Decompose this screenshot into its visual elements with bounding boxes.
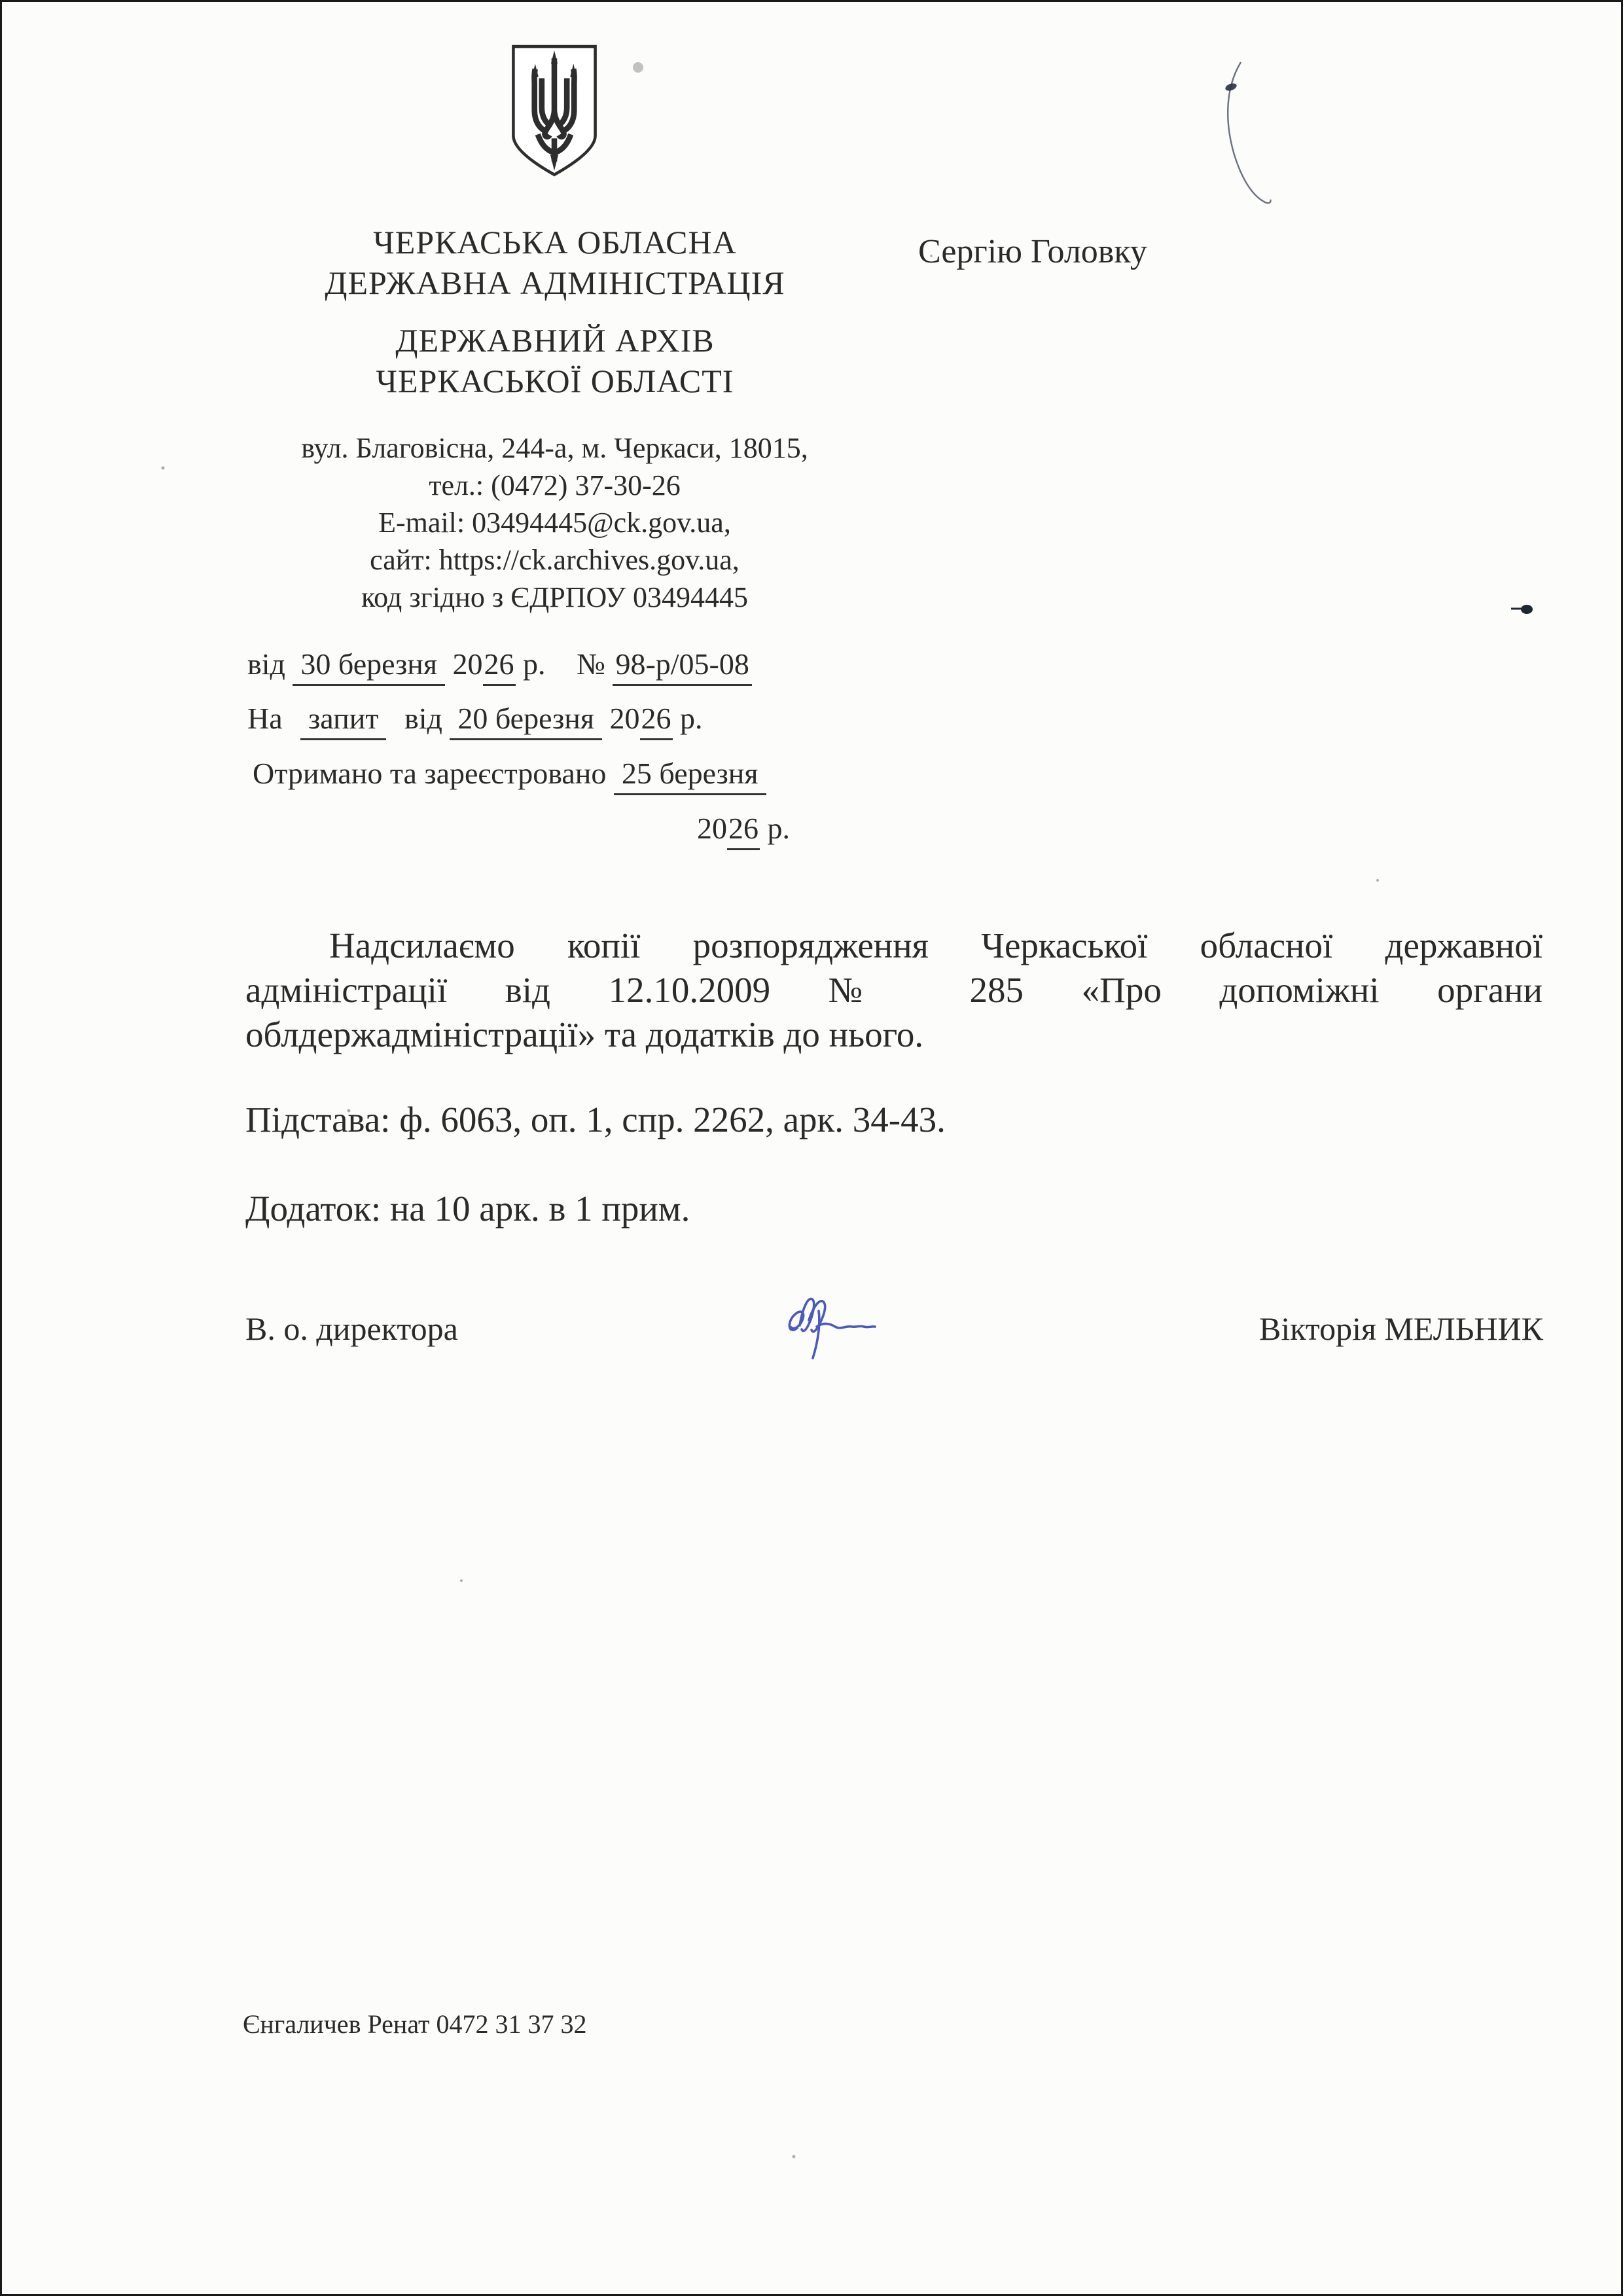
incoming-reference-line: На запит від 20 березня 2026 р. (247, 701, 703, 736)
out-year-value: 26 (483, 647, 516, 686)
org-name-line: ЧЕРКАСЬКА ОБЛАСНА (224, 222, 885, 262)
in-year-value: 26 (640, 702, 673, 740)
address-line: сайт: https://ck.archives.gov.ua, (232, 541, 877, 579)
org-name-line: ЧЕРКАСЬКОЇ ОБЛАСТІ (224, 361, 885, 401)
attachment-line: Додаток: на 10 арк. в 1 прим. (245, 1188, 690, 1229)
recipient-name: Сергію Головку (918, 232, 1147, 271)
in-date-value: 20 березня (450, 702, 602, 740)
address-line: E-mail: 03494445@ck.gov.ua, (232, 504, 877, 541)
signer-position-title: В. о. директора (245, 1310, 458, 1348)
received-reference-line: Отримано та зареєстровано 25 березня (253, 756, 766, 791)
handwritten-signature (783, 1286, 884, 1365)
body-paragraph-line: облдержадміністрації» та додатків до ньо… (245, 1013, 1543, 1057)
received-year-prefix: 20 (697, 812, 727, 845)
executor-contact-line: Єнгаличев Ренат 0472 31 37 32 (243, 2009, 587, 2039)
letterhead-address-block: вул. Благовісна, 244-а, м. Черкаси, 1801… (232, 429, 877, 616)
signer-name: Вікторія МЕЛЬНИК (1186, 1310, 1543, 1348)
org-name-line: ДЕРЖАВНА АДМІНІСТРАЦІЯ (224, 262, 885, 303)
received-year-label: р. (768, 812, 791, 845)
body-paragraph-line: адміністрації від 12.10.2009 № 285 «Про … (245, 968, 1543, 1013)
letterhead-org-block: ЧЕРКАСЬКА ОБЛАСНА ДЕРЖАВНА АДМІНІСТРАЦІЯ… (224, 222, 885, 401)
received-date-value: 25 березня (614, 757, 766, 795)
scanned-letter-page: ЧЕРКАСЬКА ОБЛАСНА ДЕРЖАВНА АДМІНІСТРАЦІЯ… (0, 0, 1623, 2296)
out-year-label: р. (523, 647, 546, 681)
number-sign: № (577, 647, 605, 681)
basis-line: Підстава: ф. 6063, оп. 1, спр. 2262, арк… (245, 1099, 946, 1140)
out-year-prefix: 20 (453, 647, 483, 681)
received-year-line: 2026 р. (697, 811, 790, 846)
org-block-gap (224, 303, 885, 320)
in-from-label: від (404, 702, 442, 735)
address-line: код згідно з ЄДРПОУ 03494445 (232, 579, 877, 616)
in-year-prefix: 20 (610, 702, 640, 735)
in-kind-value: запит (300, 702, 386, 740)
received-year-value: 26 (727, 812, 760, 850)
out-date-value: 30 березня (293, 647, 445, 686)
body-paragraph-line: Надсилаємо копії розпорядження Черкасько… (245, 924, 1543, 968)
out-number-value: 98-р/05-08 (613, 647, 751, 686)
in-year: 2026 (610, 702, 673, 740)
body-paragraph: Надсилаємо копії розпорядження Черкасько… (245, 924, 1543, 1057)
org-name-line: ДЕРЖАВНИЙ АРХІВ (224, 320, 885, 361)
out-year: 2026 (453, 647, 516, 686)
address-line: вул. Благовісна, 244-а, м. Черкаси, 1801… (232, 429, 877, 467)
ukraine-trident-emblem-icon (505, 41, 604, 181)
address-line: тел.: (0472) 37-30-26 (232, 467, 877, 504)
out-date-prefix: від (247, 647, 285, 681)
outgoing-reference-line: від 30 березня 2026 р. № 98-р/05-08 (247, 647, 752, 681)
in-year-label: р. (680, 702, 703, 735)
received-year: 2026 (697, 812, 760, 850)
in-prefix: На (247, 702, 283, 735)
received-label: Отримано та зареєстровано (253, 757, 606, 790)
